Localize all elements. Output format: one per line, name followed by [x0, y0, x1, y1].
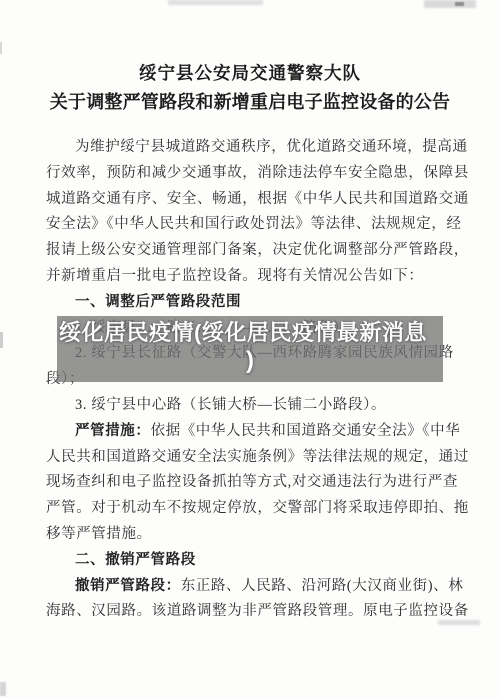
watermark-title-line1: 绥化居民疫情(绥化居民疫情最新消息	[57, 316, 443, 348]
scanned-notice-image: 绥宁县公安局交通警察大队 关于调整严管路段和新增重启电子监控设备的公告 为维护绥…	[0, 0, 500, 698]
document-line: 撤销严管路段：东正路、人民路、沿河路(大汉商业街)、林	[46, 574, 460, 600]
document-line: 为维护绥宁县城道路交通秩序，优化道路交通环境，提高通	[46, 135, 460, 161]
document-line: 严管措施：依据《中华人民共和国道路交通安全法》《中华	[46, 419, 460, 445]
document-title-line1: 绥宁县公安局交通警察大队	[0, 60, 500, 85]
scan-artifact	[455, 2, 464, 6]
document-title-line2: 关于调整严管路段和新增重启电子监控设备的公告	[0, 88, 500, 114]
section-heading: 一、调整后严管路段范围	[46, 290, 460, 316]
document-line: 海路、汉园路。该道路调整为非严管路段管理。原电子监控设备	[46, 599, 460, 625]
document-line: 并新增重启一批电子监控设备。现将有关情况公告如下：	[46, 264, 460, 290]
document-line: 3. 绥宁县中心路（长铺大桥—长铺二小路段）。	[46, 393, 460, 419]
scan-artifact	[424, 0, 476, 8]
scan-artifact	[0, 682, 6, 696]
watermark-title-line2: )	[57, 347, 443, 375]
paragraph-lead: 撤销严管路段：	[75, 578, 181, 594]
paragraph-lead: 严管措施：	[75, 423, 151, 439]
document-line: 现场查纠和电子监控设备抓拍等方式,对交通违法行为进行严查	[46, 470, 460, 496]
watermark-overlay: 绥化居民疫情(绥化居民疫情最新消息 )	[57, 316, 443, 382]
document-line: 安全法》《中华人民共和国行政处罚法》等法律、法规规定，经	[46, 212, 460, 238]
scan-artifact	[0, 332, 3, 348]
document-line: 移等严管措施。	[46, 522, 460, 548]
document-line: 报请上级公安交通管理部门备案，决定优化调整部分严管路段，	[46, 238, 460, 264]
document-line: 严管。对于机动车不按规定停放，交警部门将采取违停即拍、拖	[46, 496, 460, 522]
document-line: 人民共和国道路交通安全法实施条例》等法律法规的规定，通过	[46, 445, 460, 471]
scan-artifact	[0, 42, 2, 54]
document-line: 行效率，预防和减少交通事故，消除违法停车安全隐患，保障县	[46, 161, 460, 187]
document-line: 城道路交通有序、安全、畅通，根据《中华人民共和国道路交通	[46, 187, 460, 213]
section-heading: 二、撤销严管路段	[46, 548, 460, 574]
scan-artifact	[168, 0, 263, 5]
